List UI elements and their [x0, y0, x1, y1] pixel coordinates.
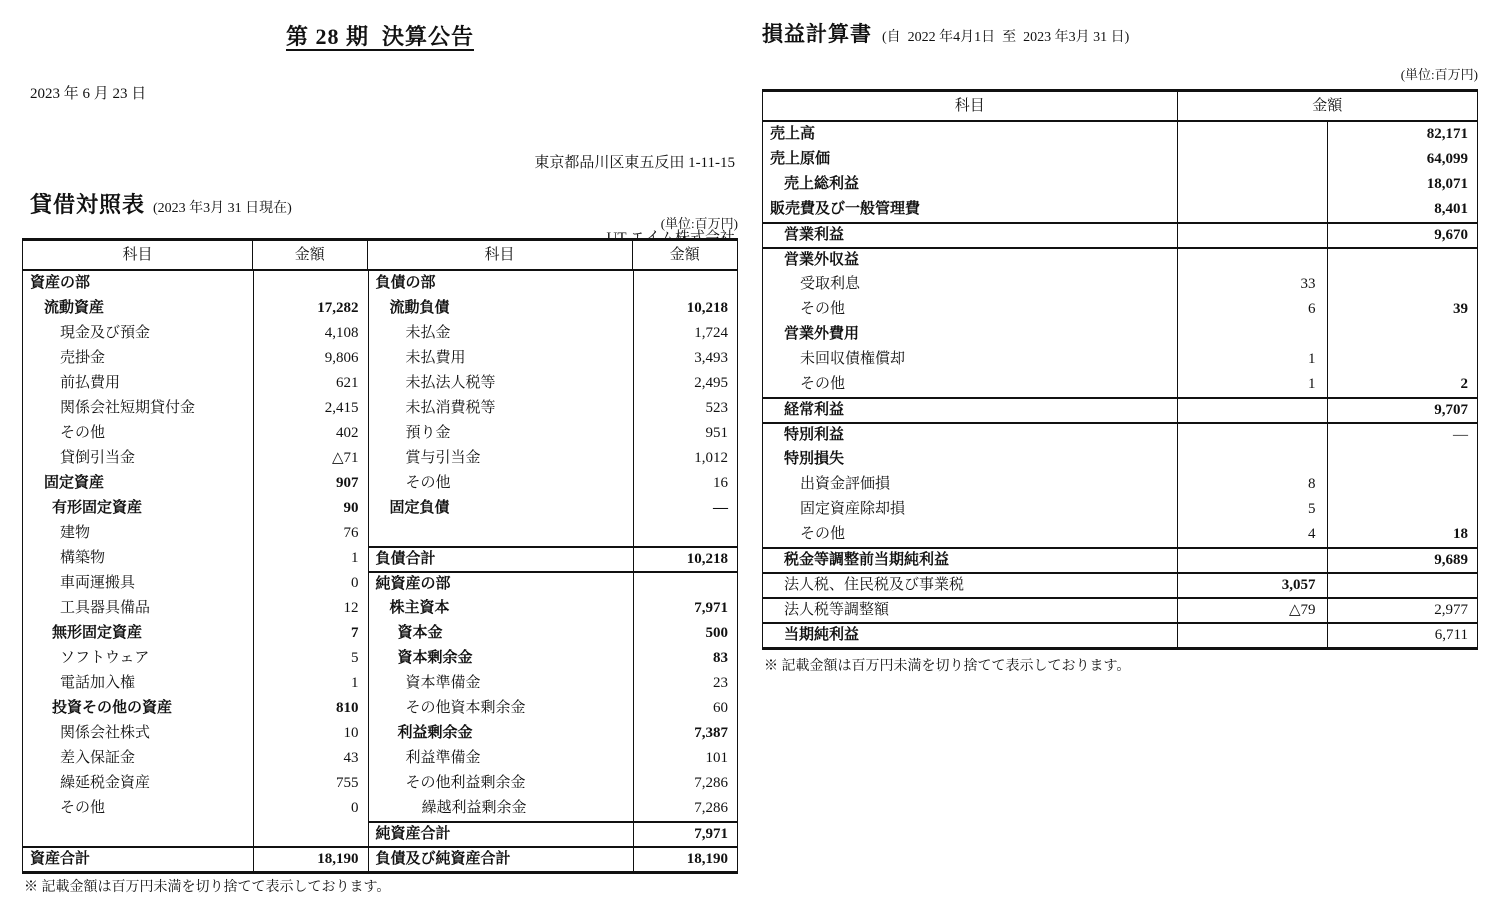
row-amount	[1327, 574, 1478, 597]
table-row: 利益剰余金7,387	[369, 721, 738, 746]
row-label: 資本剰余金	[369, 646, 634, 671]
table-row: 現金及び預金4,108	[23, 321, 368, 346]
row-amount: 402	[253, 421, 368, 446]
balance-sheet-body: 資産の部流動資産17,282現金及び預金4,108売掛金9,806前払費用621…	[23, 271, 737, 871]
row-label: 株主資本	[369, 596, 634, 621]
row-amount: 1	[253, 671, 368, 696]
row-label: 資産の部	[23, 271, 253, 296]
table-row: 利益準備金101	[369, 746, 738, 771]
liabilities-column: 負債の部流動負債10,218未払金1,724未払費用3,493未払法人税等2,4…	[368, 271, 738, 871]
column-header-item: 科目	[367, 241, 632, 269]
row-amount	[1177, 549, 1327, 572]
income-statement-title: 損益計算書	[762, 22, 872, 46]
row-amount	[253, 821, 368, 846]
balance-sheet-header-row: 科目 金額 科目 金額	[23, 241, 737, 271]
row-amount	[633, 521, 737, 546]
row-amount	[1177, 224, 1327, 247]
row-label: 営業外費用	[763, 322, 1177, 347]
row-amount: 2,495	[633, 371, 737, 396]
row-label: 資本準備金	[369, 671, 634, 696]
row-label: 未払金	[369, 321, 634, 346]
table-row: 受取利息33	[763, 272, 1477, 297]
table-row: 経常利益9,707	[763, 397, 1477, 422]
row-label: ソフトウェア	[23, 646, 253, 671]
table-row: 特別損失	[763, 447, 1477, 472]
row-label: 売上総利益	[763, 172, 1177, 197]
income-statement-note: ※ 記載金額は百万円未満を切り捨てて表示しております。	[764, 655, 1130, 675]
column-header-item: 科目	[23, 241, 252, 269]
row-amount: 60	[633, 696, 737, 721]
row-amount: 2,415	[253, 396, 368, 421]
table-row: 出資金評価損8	[763, 472, 1477, 497]
table-row: 未払法人税等2,495	[369, 371, 738, 396]
page-title-text: 第 28 期 決算公告	[286, 24, 474, 49]
table-row: 売上原価64,099	[763, 147, 1477, 172]
column-header-amount: 金額	[632, 241, 738, 269]
row-label: 負債及び純資産合計	[369, 848, 634, 871]
row-amount: 90	[253, 496, 368, 521]
table-row: 特別利益―	[763, 422, 1477, 447]
row-label: 流動資産	[23, 296, 253, 321]
row-label: 構築物	[23, 546, 253, 571]
row-amount: 18,071	[1327, 172, 1478, 197]
table-row: 純資産合計7,971	[369, 821, 738, 846]
page-title: 第 28 期 決算公告	[22, 20, 738, 51]
row-label: 売掛金	[23, 346, 253, 371]
table-row: 未払費用3,493	[369, 346, 738, 371]
row-amount: 907	[253, 471, 368, 496]
table-row: 固定負債―	[369, 496, 738, 521]
row-amount: 33	[1177, 272, 1327, 297]
row-label: 現金及び預金	[23, 321, 253, 346]
row-amount	[1327, 322, 1478, 347]
row-amount	[1177, 624, 1327, 647]
table-row: 投資その他の資産810	[23, 696, 368, 721]
table-row: 資本剰余金83	[369, 646, 738, 671]
row-amount: 5	[253, 646, 368, 671]
table-row: 負債及び純資産合計18,190	[369, 846, 738, 871]
row-amount: 1,724	[633, 321, 737, 346]
row-label: 営業外収益	[763, 249, 1177, 272]
row-label: 固定資産	[23, 471, 253, 496]
table-row: その他639	[763, 297, 1477, 322]
row-amount	[1177, 322, 1327, 347]
table-row	[369, 521, 738, 546]
report-date: 2023 年 6 月 23 日	[30, 82, 146, 103]
table-row	[23, 821, 368, 846]
row-label: 純資産の部	[369, 573, 634, 596]
table-row: その他12	[763, 372, 1477, 397]
row-label: 営業利益	[763, 224, 1177, 247]
row-amount: 64,099	[1327, 147, 1478, 172]
row-label: その他	[763, 297, 1177, 322]
row-label: 固定資産除却損	[763, 497, 1177, 522]
table-row: 無形固定資産7	[23, 621, 368, 646]
row-amount: 82,171	[1327, 122, 1478, 147]
row-amount: 7,971	[633, 596, 737, 621]
row-label: 未払消費税等	[369, 396, 634, 421]
row-label: 繰延税金資産	[23, 771, 253, 796]
row-amount: 7,971	[633, 823, 737, 846]
row-label: 繰越利益剰余金	[369, 796, 634, 821]
row-amount: 10	[253, 721, 368, 746]
row-amount: 76	[253, 521, 368, 546]
row-label: 受取利息	[763, 272, 1177, 297]
table-row: 繰延税金資産755	[23, 771, 368, 796]
row-label: 未回収債権償却	[763, 347, 1177, 372]
row-label: その他	[23, 421, 253, 446]
row-amount: 12	[253, 596, 368, 621]
row-amount	[253, 271, 368, 296]
table-row: 純資産の部	[369, 571, 738, 596]
row-amount: 1	[1177, 372, 1327, 397]
table-row: 前払費用621	[23, 371, 368, 396]
row-label: 差入保証金	[23, 746, 253, 771]
row-amount: 9,689	[1327, 549, 1478, 572]
row-amount	[1327, 497, 1478, 522]
financial-report-page: 第 28 期 決算公告 2023 年 6 月 23 日 東京都品川区東五反田 1…	[0, 0, 1500, 916]
table-row: 未払金1,724	[369, 321, 738, 346]
row-label: 未払法人税等	[369, 371, 634, 396]
table-row: その他資本剰余金60	[369, 696, 738, 721]
row-amount	[1177, 147, 1327, 172]
table-row: 資本準備金23	[369, 671, 738, 696]
row-amount: 17,282	[253, 296, 368, 321]
row-label: 関係会社株式	[23, 721, 253, 746]
row-amount: △71	[253, 446, 368, 471]
row-label: 電話加入権	[23, 671, 253, 696]
table-row: 繰越利益剰余金7,286	[369, 796, 738, 821]
row-amount: ―	[633, 496, 737, 521]
table-row: 資本金500	[369, 621, 738, 646]
row-label: その他	[369, 471, 634, 496]
row-label	[23, 821, 253, 846]
row-amount: 755	[253, 771, 368, 796]
row-amount: 18	[1327, 522, 1478, 547]
row-amount: 951	[633, 421, 737, 446]
table-row: 貸倒引当金△71	[23, 446, 368, 471]
row-label: 経常利益	[763, 399, 1177, 422]
table-row: 売上高82,171	[763, 122, 1477, 147]
table-row: 未払消費税等523	[369, 396, 738, 421]
row-amount: 18,190	[633, 848, 737, 871]
table-row: その他16	[369, 471, 738, 496]
row-amount: 16	[633, 471, 737, 496]
row-amount: 8	[1177, 472, 1327, 497]
row-amount: 10,218	[633, 296, 737, 321]
row-label: 利益剰余金	[369, 721, 634, 746]
row-amount: 2,977	[1327, 599, 1478, 622]
row-amount: 4,108	[253, 321, 368, 346]
table-row: 負債合計10,218	[369, 546, 738, 571]
row-label: 車両運搬具	[23, 571, 253, 596]
row-amount: 500	[633, 621, 737, 646]
row-amount: 1	[253, 546, 368, 571]
row-label: 税金等調整前当期純利益	[763, 549, 1177, 572]
table-row: ソフトウェア5	[23, 646, 368, 671]
row-amount	[1327, 272, 1478, 297]
income-statement-body: 売上高82,171売上原価64,099売上総利益18,071販売費及び一般管理費…	[763, 122, 1477, 647]
row-amount: 9,670	[1327, 224, 1478, 247]
row-amount: 101	[633, 746, 737, 771]
table-row: 差入保証金43	[23, 746, 368, 771]
table-row: その他0	[23, 796, 368, 821]
row-label: 特別損失	[763, 447, 1177, 472]
row-amount: 0	[253, 571, 368, 596]
row-amount	[1177, 249, 1327, 272]
row-amount: 43	[253, 746, 368, 771]
row-label: 工具器具備品	[23, 596, 253, 621]
row-amount: △79	[1177, 599, 1327, 622]
row-label: 投資その他の資産	[23, 696, 253, 721]
row-label: 負債合計	[369, 548, 634, 571]
row-label: 貸倒引当金	[23, 446, 253, 471]
row-label: その他	[763, 522, 1177, 547]
income-statement-heading: 損益計算書(自 2022 年4月1日 至 2023 年3月 31 日)	[762, 18, 1129, 48]
income-statement-header-row: 科目 金額	[763, 92, 1477, 122]
row-amount: 1	[1177, 347, 1327, 372]
table-row: 流動資産17,282	[23, 296, 368, 321]
row-amount: 10,218	[633, 548, 737, 571]
table-row: その他418	[763, 522, 1477, 547]
row-label: 預り金	[369, 421, 634, 446]
table-row: 固定資産907	[23, 471, 368, 496]
table-row: 流動負債10,218	[369, 296, 738, 321]
table-row: 株主資本7,971	[369, 596, 738, 621]
table-row: 法人税、住民税及び事業税3,057	[763, 572, 1477, 597]
row-amount: ―	[1327, 424, 1478, 447]
row-label: 純資産合計	[369, 823, 634, 846]
row-label: 売上高	[763, 122, 1177, 147]
row-label: 法人税等調整額	[763, 599, 1177, 622]
row-label: 固定負債	[369, 496, 634, 521]
row-label	[369, 521, 634, 546]
income-statement-table: 科目 金額 売上高82,171売上原価64,099売上総利益18,071販売費及…	[762, 89, 1478, 650]
row-amount: 4	[1177, 522, 1327, 547]
row-amount: 7,286	[633, 796, 737, 821]
row-label: 負債の部	[369, 271, 634, 296]
row-label: その他	[763, 372, 1177, 397]
table-row: 工具器具備品12	[23, 596, 368, 621]
table-row: 預り金951	[369, 421, 738, 446]
row-amount	[1327, 249, 1478, 272]
row-label: 流動負債	[369, 296, 634, 321]
column-header-amount: 金額	[252, 241, 367, 269]
row-label: 前払費用	[23, 371, 253, 396]
row-amount	[1177, 447, 1327, 472]
row-label: 当期純利益	[763, 624, 1177, 647]
row-amount	[1327, 347, 1478, 372]
table-row: 賞与引当金1,012	[369, 446, 738, 471]
row-amount	[1177, 172, 1327, 197]
row-amount	[1177, 122, 1327, 147]
row-amount: 3,057	[1177, 574, 1327, 597]
table-row: 売掛金9,806	[23, 346, 368, 371]
table-row: 固定資産除却損5	[763, 497, 1477, 522]
balance-sheet-note: ※ 記載金額は百万円未満を切り捨てて表示しております。	[24, 876, 390, 896]
row-amount: 23	[633, 671, 737, 696]
table-row: 売上総利益18,071	[763, 172, 1477, 197]
table-row: その他利益剰余金7,286	[369, 771, 738, 796]
row-label: 建物	[23, 521, 253, 546]
row-amount: 523	[633, 396, 737, 421]
table-row: 営業外収益	[763, 247, 1477, 272]
row-label: 特別利益	[763, 424, 1177, 447]
row-label: 無形固定資産	[23, 621, 253, 646]
row-amount: 5	[1177, 497, 1327, 522]
table-row: 資産の部	[23, 271, 368, 296]
income-statement-unit-label: (単位:百万円)	[762, 64, 1478, 83]
row-amount: 810	[253, 696, 368, 721]
row-amount	[1327, 472, 1478, 497]
table-row: その他402	[23, 421, 368, 446]
row-label: 売上原価	[763, 147, 1177, 172]
row-label: その他資本剰余金	[369, 696, 634, 721]
table-row: 負債の部	[369, 271, 738, 296]
row-amount: 8,401	[1327, 197, 1478, 222]
row-label: 未払費用	[369, 346, 634, 371]
table-row: 未回収債権償却1	[763, 347, 1477, 372]
table-row: 税金等調整前当期純利益9,689	[763, 547, 1477, 572]
row-label: 資産合計	[23, 848, 253, 871]
row-amount	[1177, 424, 1327, 447]
row-label: 関係会社短期貸付金	[23, 396, 253, 421]
table-row: 営業外費用	[763, 322, 1477, 347]
table-row: 関係会社短期貸付金2,415	[23, 396, 368, 421]
table-row: 構築物1	[23, 546, 368, 571]
row-amount	[633, 271, 737, 296]
row-amount: 6,711	[1327, 624, 1478, 647]
row-label: その他	[23, 796, 253, 821]
row-label: 法人税、住民税及び事業税	[763, 574, 1177, 597]
row-amount	[1177, 197, 1327, 222]
table-row: 当期純利益6,711	[763, 622, 1477, 647]
row-amount: 39	[1327, 297, 1478, 322]
row-amount	[633, 573, 737, 596]
row-label: その他利益剰余金	[369, 771, 634, 796]
row-amount: 621	[253, 371, 368, 396]
table-row: 建物76	[23, 521, 368, 546]
row-amount: 6	[1177, 297, 1327, 322]
column-header-item: 科目	[763, 92, 1177, 120]
row-label: 有形固定資産	[23, 496, 253, 521]
row-label: 賞与引当金	[369, 446, 634, 471]
row-amount	[1327, 447, 1478, 472]
table-row: 電話加入権1	[23, 671, 368, 696]
row-amount: 7,387	[633, 721, 737, 746]
row-label: 販売費及び一般管理費	[763, 197, 1177, 222]
table-row: 有形固定資産90	[23, 496, 368, 521]
row-amount: 2	[1327, 372, 1478, 397]
table-row: 営業利益9,670	[763, 222, 1477, 247]
table-row: 販売費及び一般管理費8,401	[763, 197, 1477, 222]
company-address: 東京都品川区東五反田 1-11-15	[22, 151, 735, 176]
table-row: 車両運搬具0	[23, 571, 368, 596]
row-label: 出資金評価損	[763, 472, 1177, 497]
row-amount: 9,806	[253, 346, 368, 371]
table-row: 資産合計18,190	[23, 846, 368, 871]
table-row: 関係会社株式10	[23, 721, 368, 746]
row-amount: 18,190	[253, 848, 368, 871]
row-amount: 3,493	[633, 346, 737, 371]
row-amount: 83	[633, 646, 737, 671]
row-label: 利益準備金	[369, 746, 634, 771]
column-header-amount: 金額	[1177, 92, 1478, 120]
row-amount: 7	[253, 621, 368, 646]
balance-sheet-table: 科目 金額 科目 金額 資産の部流動資産17,282現金及び預金4,108売掛金…	[22, 238, 738, 874]
row-amount	[1177, 399, 1327, 422]
income-statement-period-note: (自 2022 年4月1日 至 2023 年3月 31 日)	[882, 30, 1129, 45]
row-amount: 9,707	[1327, 399, 1478, 422]
row-label: 資本金	[369, 621, 634, 646]
row-amount: 7,286	[633, 771, 737, 796]
table-row: 法人税等調整額△792,977	[763, 597, 1477, 622]
row-amount: 1,012	[633, 446, 737, 471]
assets-column: 資産の部流動資産17,282現金及び預金4,108売掛金9,806前払費用621…	[23, 271, 368, 871]
balance-sheet-unit-label: (単位:百万円)	[22, 213, 738, 232]
row-amount: 0	[253, 796, 368, 821]
